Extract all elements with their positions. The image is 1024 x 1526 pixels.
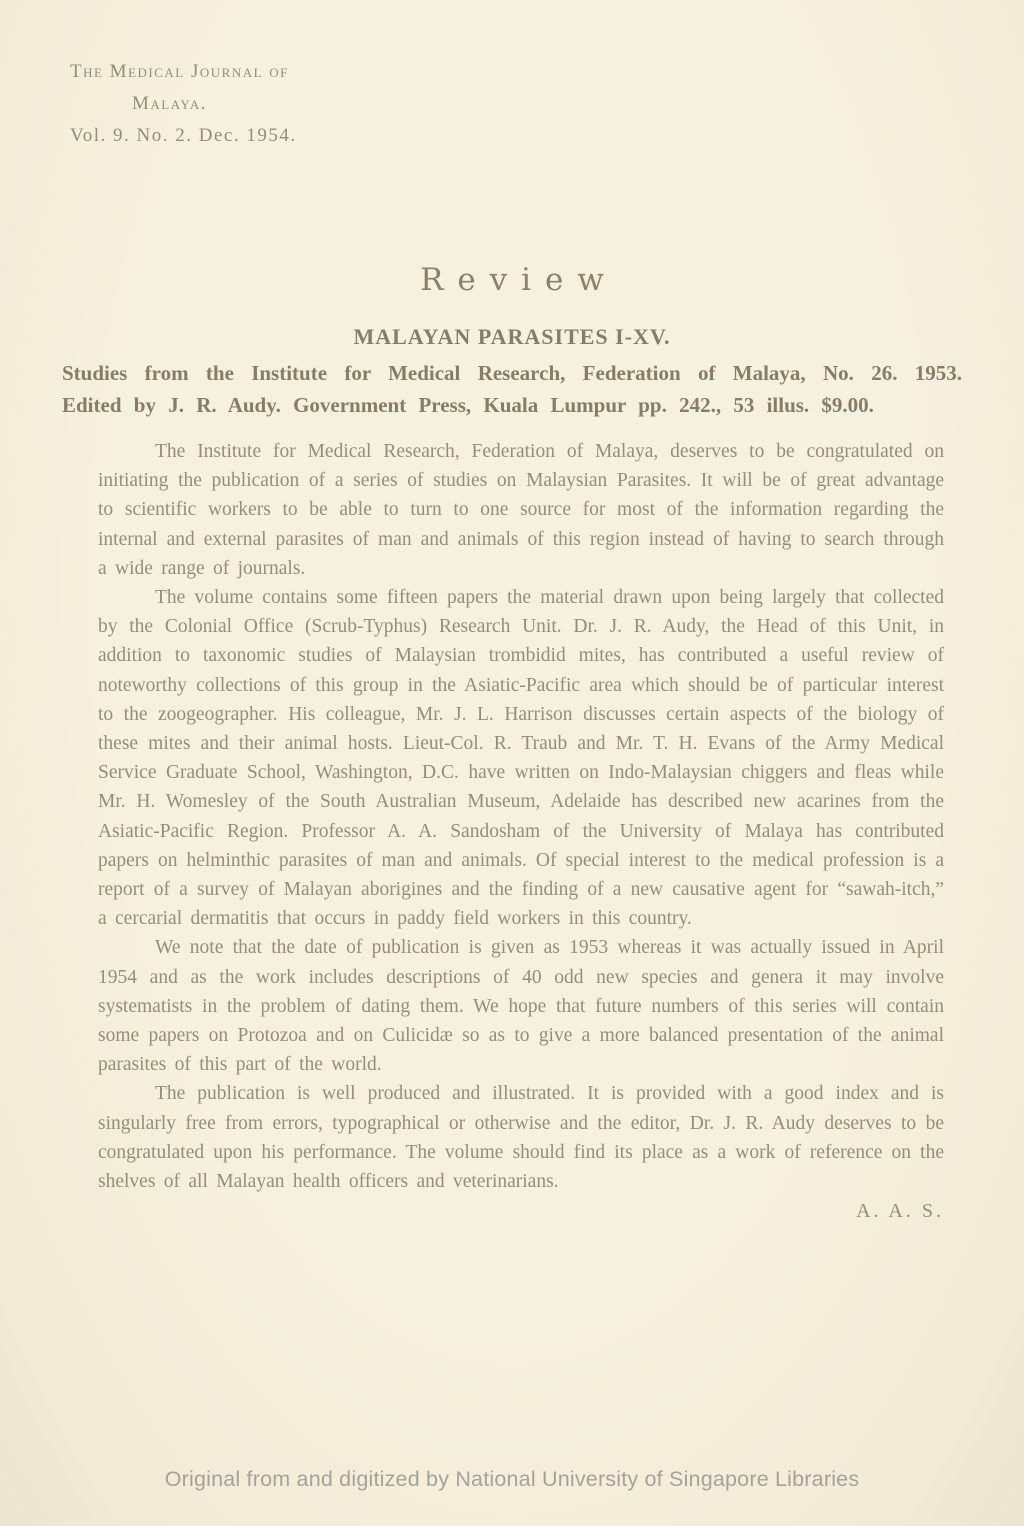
reviewer-initials: A. A. S. bbox=[0, 1200, 944, 1223]
journal-title-line2: Malaya. bbox=[132, 88, 1024, 120]
journal-title-line1: The Medical Journal of bbox=[70, 56, 1024, 88]
section-title: Review bbox=[0, 262, 1024, 298]
review-paragraph: The publication is well produced and ill… bbox=[98, 1079, 944, 1196]
citation-block: Studies from the Institute for Medical R… bbox=[62, 358, 962, 421]
scanned-document-page: The Medical Journal of Malaya. Vol. 9. N… bbox=[0, 0, 1024, 1526]
issue-line: Vol. 9. No. 2. Dec. 1954. bbox=[70, 120, 1024, 152]
digitization-attribution: Original from and digitized by National … bbox=[0, 1467, 1024, 1492]
review-paragraph: The Institute for Medical Research, Fede… bbox=[98, 437, 944, 583]
journal-header: The Medical Journal of Malaya. Vol. 9. N… bbox=[70, 0, 1024, 152]
review-paragraph: We note that the date of publication is … bbox=[98, 933, 944, 1079]
article-title: MALAYAN PARASITES I-XV. bbox=[0, 324, 1024, 350]
review-paragraph: The volume contains some fifteen papers … bbox=[98, 583, 944, 933]
review-body: The Institute for Medical Research, Fede… bbox=[98, 437, 944, 1196]
